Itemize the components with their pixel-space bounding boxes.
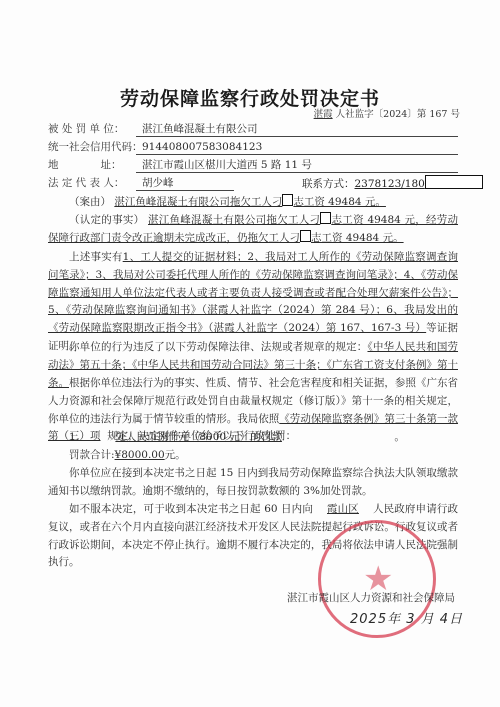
contact-value: 2378123/180 [355,178,425,190]
case-cause: （案由） 湛江鱼峰混凝土有限公司拖欠工人刁志工资 49484 元。 [48,194,458,212]
field-value: 湛江市霞山区椹川大道西 5 路 11 号 [136,158,458,173]
penalty-item: 1. 处人民币捌仟元（8000 元）的罚款。 [48,429,458,447]
document-number-prefix: 湛霞 [314,109,333,120]
facts-text-a: 湛江鱼峰混凝土有限公司拖欠工人刁 [148,214,320,226]
redaction-box [282,194,293,206]
violation-lead: 你单位的行为违反了以下劳动保障法律、法规或者规章的规定： [69,341,367,353]
document-number: 湛霞 人社监字〔2024〕第 167 号 [314,106,460,120]
field-value: 胡少峰 [136,176,234,191]
case-label: （案由） [69,196,111,208]
penalty-total: 罚款合计:¥8000.00元。 [48,447,458,465]
field-value: 914408007583084123 [136,140,458,155]
field-contact: 联系方式：2378123/180 [302,175,483,192]
penalty-item-text: 处人民币捌仟元（8000 元）的罚款 [82,429,394,447]
facts-label: （认定的事实） [69,214,144,226]
penalty-item-number: 1. [69,431,79,443]
penalty-item-text-inner: 处人民币捌仟元（8000 元）的罚款 [115,431,282,443]
appeal-text-a: 如不服本决定，可于收到本决定书之日起 60 日内向 [69,503,313,515]
established-facts: （认定的事实） 湛江鱼峰混凝土有限公司拖欠工人刁志工资 49484 元，经劳动保… [48,212,458,248]
redaction-box [320,212,331,224]
contact-label: 联系方式： [302,178,355,190]
facts-text-c: 志工资 49484 元。 [311,232,404,244]
penalty-total-value: ¥8000.00 [115,449,165,461]
evidence-lead: 上述事实有 [69,251,123,263]
field-label: 统一社会信用代码： [48,140,130,155]
field-penalized-entity: 被 处 罚 单 位： 湛江鱼峰混凝土有限公司 [48,122,458,137]
redaction-box [300,230,311,242]
evidence-list: 1、工人提交的证据材料；2、我局对工人所作的《劳动保障监察调查询问笔录》；3、我… [48,251,458,334]
penalty-total-label: 罚款合计: [69,449,115,461]
case-text: 湛江鱼峰混凝土有限公司拖欠工人刁志工资 49484 元。 [114,196,386,208]
penalty-total-unit: 元。 [165,449,186,461]
field-value: 湛江鱼峰混凝土有限公司 [136,122,458,137]
case-text-a: 湛江鱼峰混凝土有限公司拖欠工人刁 [114,196,282,208]
redaction-box [425,175,483,189]
document-number-rest: 人社监字〔2024〕第 167 号 [333,109,460,120]
issuer-signature: 湛江市霞山区人力资源和社会保障局 [287,590,455,605]
field-address: 地 址： 湛江市霞山区椹川大道西 5 路 11 号 [48,158,458,173]
issue-date: 2025年 3 月 4日 [350,608,463,627]
field-credit-code: 统一社会信用代码： 914408007583084123 [48,140,458,155]
document-page: 劳动保障监察行政处罚决定书 湛霞 人社监字〔2024〕第 167 号 被 处 罚… [0,0,500,707]
payment-paragraph: 你单位应在接到本决定书之日起 15 日内到我局劳动保障监察综合执法大队领取缴款通… [48,465,458,501]
appeal-district: 霞山区 [313,503,373,515]
penalty-item-end: 。 [394,431,405,443]
field-label: 被 处 罚 单 位： [48,122,130,137]
case-text-b: 志工资 49484 元。 [293,196,386,208]
field-label: 法 定 代 表 人： [48,176,130,191]
field-label: 地 址： [48,158,130,173]
